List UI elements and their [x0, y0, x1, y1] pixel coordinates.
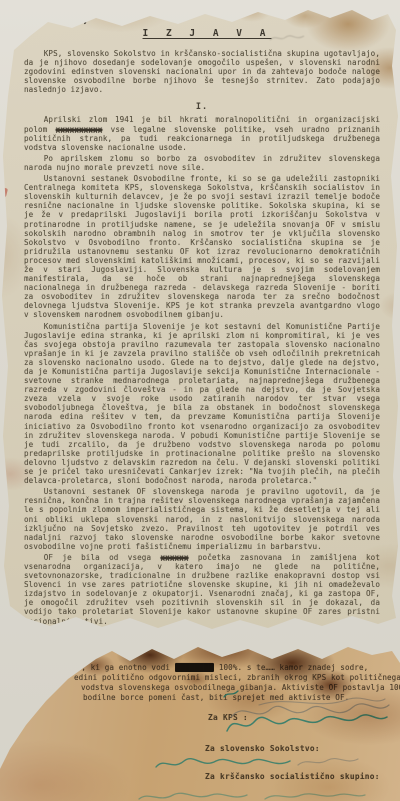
paragraph-6-text-cont: početka zasnovana in zamišljena kot vsen…: [24, 553, 380, 626]
paragraph-3: Ustanovni sestanek Osvobodilne fronte, k…: [24, 174, 380, 320]
fragment-line: ov, ki ga enotno vodi ████████ 100%. s t…: [72, 663, 392, 673]
signature-label-krscansko: Za krščansko socialistično skupino:: [205, 772, 380, 781]
document-body: I Z J A V A KPS, slovensko Sokolstvo in …: [24, 24, 380, 682]
red-margin-mark: [1, 188, 8, 198]
intro-paragraph: KPS, slovensko Sokolstvo in krščansko-so…: [24, 49, 380, 94]
document-title: I Z J A V A: [34, 28, 380, 39]
declaration-sheet: V I Z J A V A KPS, slovensko Sokolstvo i…: [0, 6, 400, 638]
paragraph-5: Ustanovni sestanek OF slovenskega naroda…: [24, 487, 380, 551]
paragraph-4: Komunistična partija Slovenije je kot se…: [24, 322, 380, 486]
paragraph-1: Aprilski zlom 1941 je bil hkrati moralno…: [24, 115, 380, 151]
fragment-line-text-cont: 100%. s te…… kamor znadej sodre,: [214, 663, 368, 672]
kps-signatures-handwriting: [225, 695, 395, 741]
scanned-document: { "document": { "page_mark": "V", "title…: [0, 0, 400, 801]
paragraph-6-text: OF je bila od vsega: [44, 553, 161, 562]
redacted-text: ████████: [175, 663, 214, 672]
signature-label-sokolstvo: Za slovensko Sokolstvo:: [205, 744, 320, 753]
krscansko-signatures-handwriting: [135, 789, 370, 801]
damaged-fragment-sheet: ov, ki ga enotno vodi ████████ 100%. s t…: [0, 645, 400, 801]
crossed-out-text: xxxxxx: [160, 553, 188, 562]
crossed-out-text: xxxxxxxxxx: [56, 125, 103, 134]
paragraph-6: OF je bila od vsega xxxxxx početka zasno…: [24, 553, 380, 626]
fragment-line: edini politično odgovornimi misleci, zbr…: [72, 673, 392, 683]
fragment-line-text: ov, ki ga enotno vodi: [72, 663, 175, 672]
paragraph-2: Po aprilskem zlomu so borbo za osvobodit…: [24, 154, 380, 172]
section-heading: I.: [24, 102, 380, 112]
